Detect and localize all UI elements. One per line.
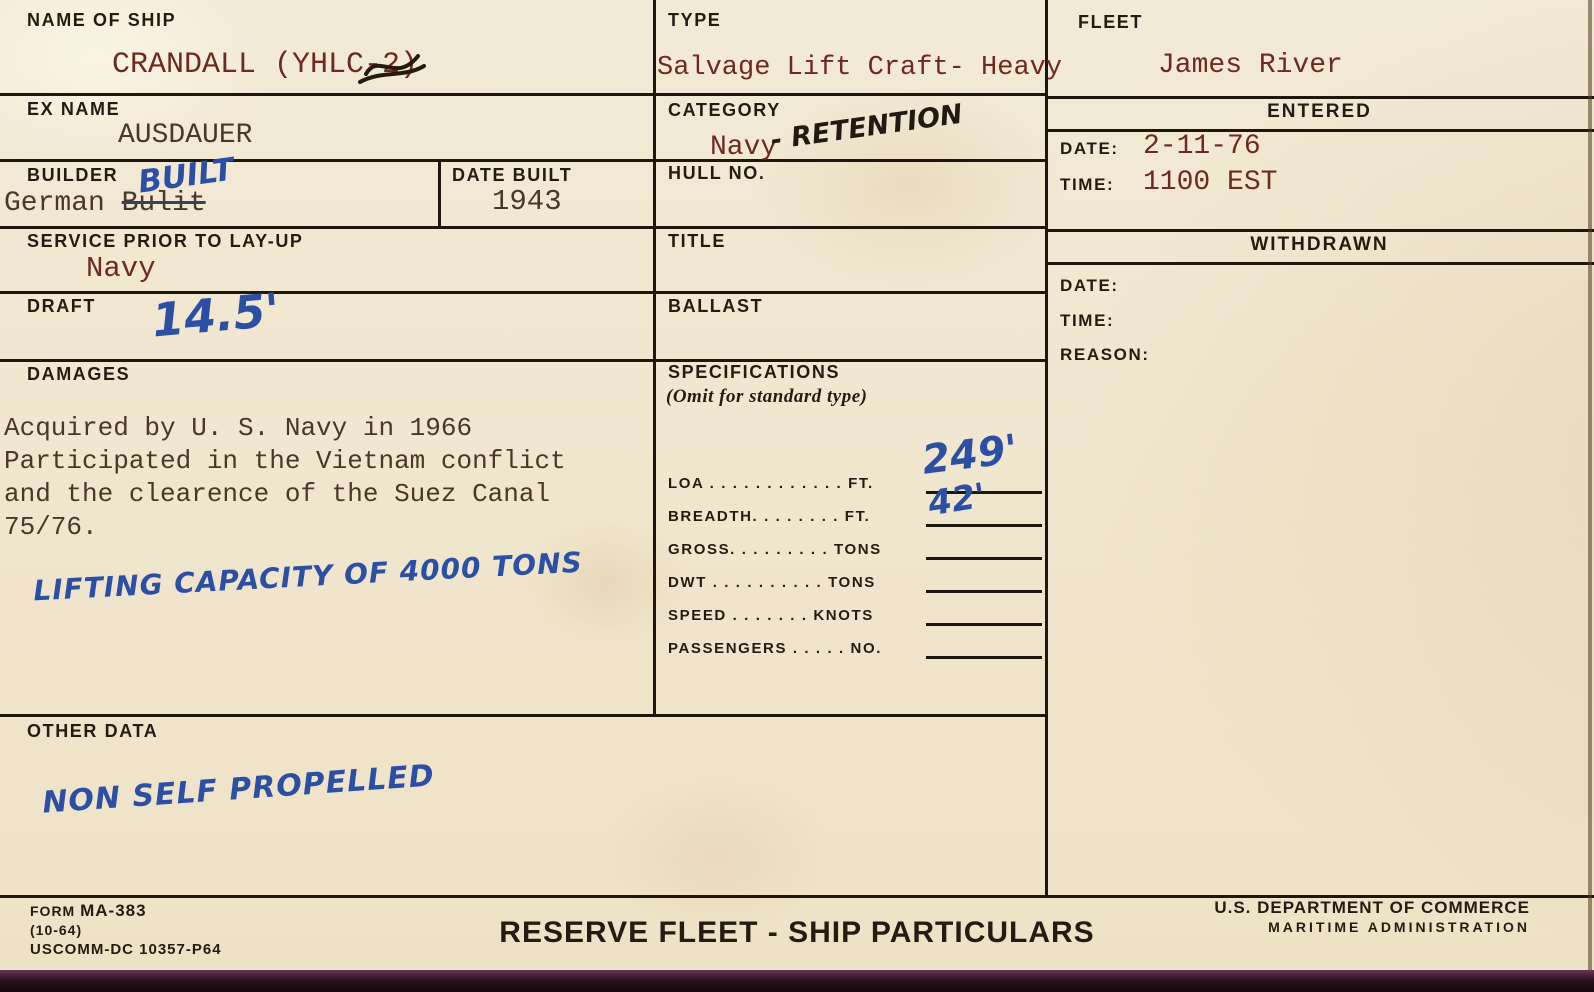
withdrawn-section-header: WITHDRAWN — [1045, 234, 1594, 256]
field-label-damages: DAMAGES — [27, 364, 130, 385]
field-label-category: CATEGORY — [668, 100, 781, 121]
damages-line: 75/76. — [4, 512, 98, 542]
department-line1: U.S. DEPARTMENT OF COMMERCE — [1180, 898, 1530, 918]
divider — [1045, 262, 1594, 265]
type-value: Salvage Lift Craft- Heavy — [657, 53, 1062, 83]
builder-typed-text: German — [4, 188, 122, 219]
date-built-value: 1943 — [492, 185, 562, 218]
spec-label: GROSS. . . . . . . . . TONS — [668, 541, 882, 558]
category-handwriting: - RETENTION — [769, 99, 965, 157]
withdrawn-reason-label: REASON: — [1060, 345, 1150, 365]
card-right-edge — [1588, 0, 1592, 972]
category-typed-value: Navy — [710, 132, 777, 163]
field-label-fleet: FLEET — [1078, 12, 1143, 33]
entered-date-label: DATE: — [1060, 139, 1119, 159]
spec-row-dwt: DWT . . . . . . . . . . TONS — [668, 567, 1042, 593]
entered-time-label: TIME: — [1060, 175, 1114, 195]
service-value: Navy — [86, 252, 156, 285]
ex-name-value: AUSDAUER — [118, 120, 252, 151]
divider — [438, 159, 441, 229]
field-label-date-built: DATE BUILT — [452, 165, 572, 186]
divider — [1045, 229, 1594, 232]
entered-time-value: 1100 EST — [1143, 167, 1277, 198]
withdrawn-time-label: TIME: — [1060, 311, 1114, 331]
spec-underline — [926, 656, 1042, 659]
card-paper: NAME OF SHIP CRANDALL (YHLC-2) EX NAME A… — [0, 0, 1594, 972]
damages-line: Acquired by U. S. Navy in 1966 — [4, 413, 472, 443]
field-label-title: TITLE — [668, 231, 726, 252]
divider — [653, 0, 656, 717]
divider — [1045, 96, 1594, 99]
field-label-ex-name: EX NAME — [27, 99, 120, 120]
spec-row-gross: GROSS. . . . . . . . . TONS — [668, 534, 1042, 560]
spec-label: BREADTH. . . . . . . . FT. — [668, 508, 870, 525]
spec-label: LOA . . . . . . . . . . . . FT. — [668, 475, 874, 492]
spec-row-speed: SPEED . . . . . . . KNOTS — [668, 600, 1042, 626]
entered-date-value: 2-11-76 — [1143, 131, 1261, 162]
field-label-builder: BUILDER — [27, 165, 118, 186]
field-label-hull-no: HULL NO. — [668, 163, 765, 184]
damages-line: and the clearence of the Suez Canal — [4, 479, 550, 509]
specifications-sublabel: (Omit for standard type) — [666, 386, 867, 408]
fleet-value: James River — [1158, 50, 1343, 81]
spec-underline — [926, 590, 1042, 593]
divider — [0, 714, 1048, 717]
department-line2: MARITIME ADMINISTRATION — [1180, 919, 1530, 935]
divider — [1045, 0, 1048, 898]
scanned-ship-particulars-card: NAME OF SHIP CRANDALL (YHLC-2) EX NAME A… — [0, 0, 1594, 992]
field-label-name-of-ship: NAME OF SHIP — [27, 10, 176, 31]
spec-label: DWT . . . . . . . . . . TONS — [668, 574, 876, 591]
field-label-type: TYPE — [668, 10, 721, 31]
field-label-draft: DRAFT — [27, 296, 96, 317]
spec-label: SPEED . . . . . . . KNOTS — [668, 607, 874, 624]
spec-underline — [926, 524, 1042, 527]
divider — [0, 226, 1048, 229]
spec-row-passengers: PASSENGERS . . . . . NO. — [668, 633, 1042, 659]
divider — [1045, 129, 1594, 132]
ink-scribble — [352, 44, 430, 92]
field-label-specifications: SPECIFICATIONS — [668, 362, 840, 383]
other-data-handwriting: NON SELF PROPELLED — [41, 758, 435, 820]
draft-value-handwriting: 14.5' — [150, 283, 282, 348]
spec-underline — [926, 623, 1042, 626]
damages-note-handwriting: LIFTING CAPACITY OF 4000 TONS — [33, 546, 584, 608]
withdrawn-date-label: DATE: — [1060, 276, 1119, 296]
spec-underline — [926, 557, 1042, 560]
scan-edge-band — [0, 970, 1594, 992]
spec-label: PASSENGERS . . . . . NO. — [668, 640, 882, 657]
field-label-other-data: OTHER DATA — [27, 721, 158, 742]
field-label-service: SERVICE PRIOR TO LAY-UP — [27, 231, 304, 252]
divider — [0, 359, 1048, 362]
field-label-ballast: BALLAST — [668, 296, 763, 317]
damages-line: Participated in the Vietnam conflict — [4, 446, 566, 476]
entered-section-header: ENTERED — [1045, 101, 1594, 123]
divider — [0, 93, 1048, 96]
